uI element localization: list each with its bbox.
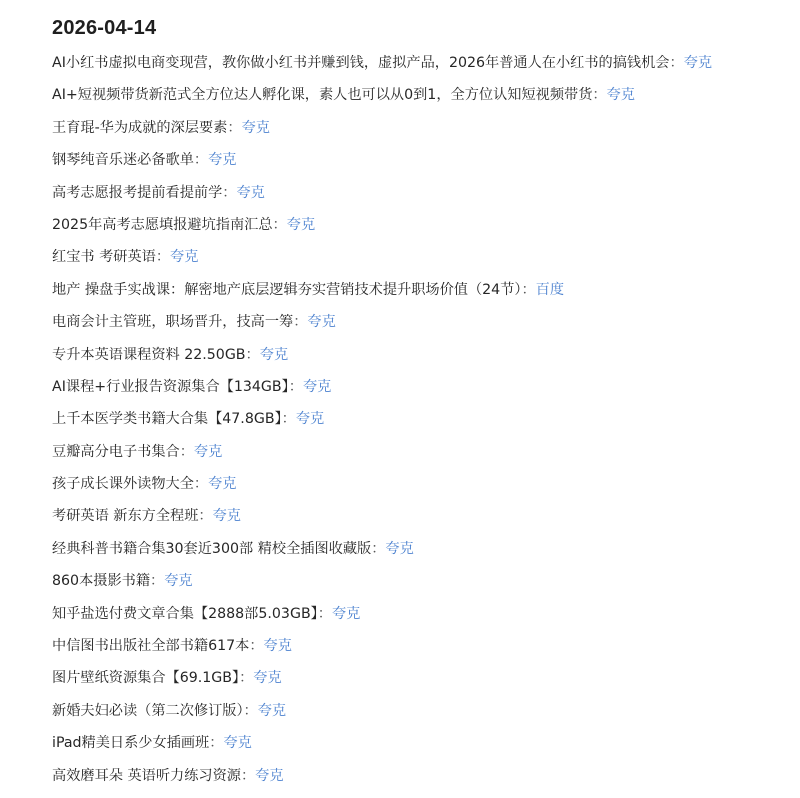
list-item: 专升本英语课程资料 22.50GB：夸克 [52,339,790,371]
item-separator: ： [246,347,260,363]
list-item: 王育琨-华为成就的深层要素：夸克 [52,112,790,144]
list-item: 新婚夫妇必读（第二次修订版）：夸克 [52,695,790,727]
item-title: 红宝书 考研英语 [52,249,156,265]
item-title: 钢琴纯音乐迷必备歌单 [52,152,194,168]
item-separator: ： [156,249,170,265]
item-separator: ： [209,735,223,751]
item-separator: ： [227,120,241,136]
list-item: 经典科普书籍合集30套近300部 精校全插图收藏版：夸克 [52,533,790,565]
item-title: iPad精美日系少女插画班 [52,735,209,751]
list-item: 中信图书出版社全部书籍617本：夸克 [52,630,790,662]
item-title: 专升本英语课程资料 22.50GB [52,347,246,363]
download-link[interactable]: 夸克 [607,87,635,103]
list-item: AI课程+行业报告资源集合【134GB】：夸克 [52,371,790,403]
item-title: 王育琨-华为成就的深层要素 [52,120,227,136]
item-separator: ： [282,411,296,427]
list-item: 高效磨耳朵 英语听力练习资源：夸克 [52,760,790,792]
item-title: 电商会计主管班，职场晋升，技高一筹 [52,314,293,330]
resource-list-page: 2026-04-14 AI小红书虚拟电商变现营，教你做小红书并赚到钱，虚拟产品，… [52,14,790,792]
download-link[interactable]: 夸克 [170,249,198,265]
list-item: 上千本医学类书籍大合集【47.8GB】：夸克 [52,403,790,435]
list-item: 钢琴纯音乐迷必备歌单：夸克 [52,144,790,176]
download-link[interactable]: 夸克 [253,670,281,686]
item-separator: ： [318,606,332,622]
download-link[interactable]: 夸克 [242,120,270,136]
list-item: 高考志愿报考提前看提前学：夸克 [52,177,790,209]
date-heading: 2026-04-14 [52,14,790,42]
download-link[interactable]: 夸克 [194,444,222,460]
list-item: AI+短视频带货新范式全方位达人孵化课，素人也可以从0到1，全方位认知短视频带货… [52,79,790,111]
list-item: 地产 操盘手实战课：解密地产底层逻辑夯实营销技术提升职场价值（24节）：百度 [52,274,790,306]
item-separator: ： [239,670,253,686]
download-link[interactable]: 夸克 [303,379,331,395]
download-link[interactable]: 夸克 [236,185,264,201]
item-separator: ： [194,476,208,492]
item-title: 地产 操盘手实战课：解密地产底层逻辑夯实营销技术提升职场价值（24节） [52,282,521,298]
download-link[interactable]: 夸克 [385,541,413,557]
download-link[interactable]: 夸克 [223,735,251,751]
item-title: 高效磨耳朵 英语听力练习资源 [52,768,241,784]
item-title: 图片壁纸资源集合【69.1GB】 [52,670,239,686]
item-title: 孩子成长课外读物大全 [52,476,194,492]
item-separator: ： [592,87,606,103]
item-separator: ： [241,768,255,784]
download-link[interactable]: 夸克 [296,411,324,427]
list-item: 2025年高考志愿填报避坑指南汇总：夸克 [52,209,790,241]
item-separator: ： [150,573,164,589]
download-link[interactable]: 夸克 [264,638,292,654]
item-title: 2025年高考志愿填报避坑指南汇总 [52,217,273,233]
item-title: 豆瓣高分电子书集合 [52,444,180,460]
list-item: 电商会计主管班，职场晋升，技高一筹：夸克 [52,306,790,338]
item-separator: ： [222,185,236,201]
item-separator: ： [293,314,307,330]
item-separator: ： [198,508,212,524]
item-separator: ： [289,379,303,395]
item-title: AI小红书虚拟电商变现营，教你做小红书并赚到钱，虚拟产品，2026年普通人在小红… [52,55,670,71]
item-separator: ： [249,638,263,654]
item-separator: ： [371,541,385,557]
list-item: 红宝书 考研英语：夸克 [52,241,790,273]
download-link[interactable]: 夸克 [208,152,236,168]
item-separator: ： [670,55,684,71]
list-item: iPad精美日系少女插画班：夸克 [52,727,790,759]
download-link[interactable]: 夸克 [208,476,236,492]
download-link[interactable]: 夸克 [164,573,192,589]
download-link[interactable]: 百度 [536,282,564,298]
list-item: 图片壁纸资源集合【69.1GB】：夸克 [52,662,790,694]
download-link[interactable]: 夸克 [260,347,288,363]
item-title: 860本摄影书籍 [52,573,150,589]
list-item: AI小红书虚拟电商变现营，教你做小红书并赚到钱，虚拟产品，2026年普通人在小红… [52,47,790,79]
list-item: 豆瓣高分电子书集合：夸克 [52,436,790,468]
item-title: 高考志愿报考提前看提前学 [52,185,222,201]
item-title: 中信图书出版社全部书籍617本 [52,638,249,654]
download-link[interactable]: 夸克 [213,508,241,524]
list-item: 考研英语 新东方全程班：夸克 [52,500,790,532]
download-link[interactable]: 夸克 [307,314,335,330]
resource-list: AI小红书虚拟电商变现营，教你做小红书并赚到钱，虚拟产品，2026年普通人在小红… [52,47,790,792]
list-item: 860本摄影书籍：夸克 [52,565,790,597]
download-link[interactable]: 夸克 [258,703,286,719]
item-title: 新婚夫妇必读（第二次修订版） [52,703,244,719]
item-title: 考研英语 新东方全程班 [52,508,198,524]
item-title: AI课程+行业报告资源集合【134GB】 [52,379,289,395]
item-title: 上千本医学类书籍大合集【47.8GB】 [52,411,282,427]
list-item: 孩子成长课外读物大全：夸克 [52,468,790,500]
item-separator: ： [180,444,194,460]
item-separator: ： [244,703,258,719]
list-item: 知乎盐选付费文章合集【2888部5.03GB】：夸克 [52,598,790,630]
item-title: 经典科普书籍合集30套近300部 精校全插图收藏版 [52,541,371,557]
item-title: AI+短视频带货新范式全方位达人孵化课，素人也可以从0到1，全方位认知短视频带货 [52,87,592,103]
download-link[interactable]: 夸克 [684,55,712,71]
download-link[interactable]: 夸克 [255,768,283,784]
item-title: 知乎盐选付费文章合集【2888部5.03GB】 [52,606,318,622]
item-separator: ： [521,282,535,298]
item-separator: ： [194,152,208,168]
download-link[interactable]: 夸克 [287,217,315,233]
download-link[interactable]: 夸克 [332,606,360,622]
item-separator: ： [273,217,287,233]
